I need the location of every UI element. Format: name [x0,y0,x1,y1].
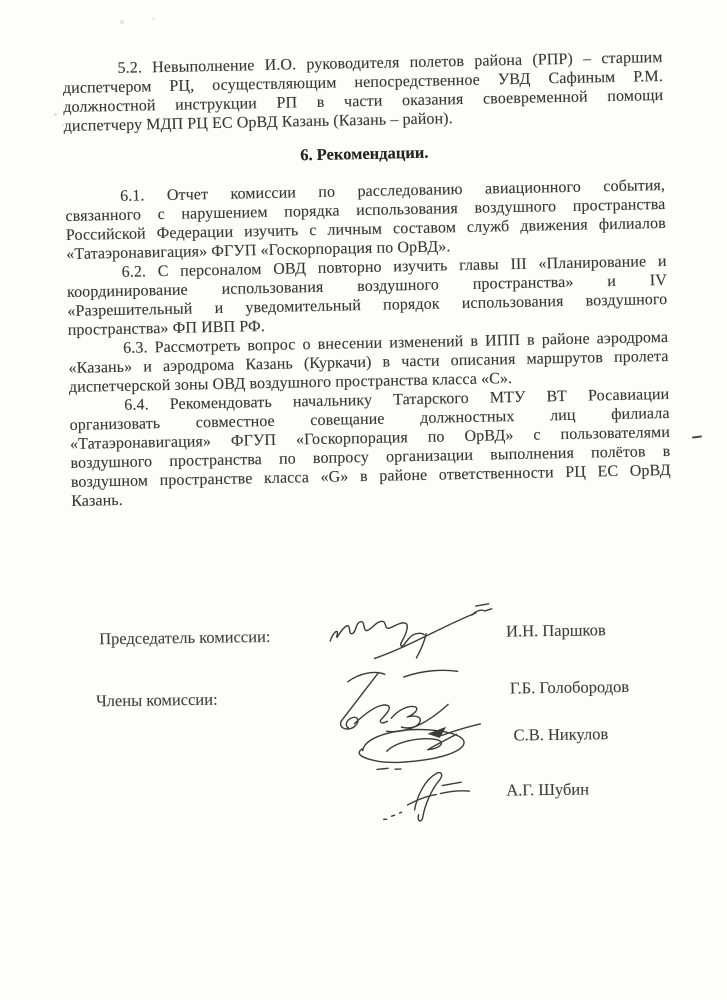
signature-name: Г.Б. Голобородов [510,677,630,699]
signature-name: С.В. Никулов [513,724,608,745]
members-label: Члены комиссии: [96,690,218,712]
scan-speck [152,17,155,20]
chairman-label: Председатель комиссии: [99,627,271,649]
signature-shubin-icon [379,761,498,829]
signature-parshkov-icon [322,599,501,665]
signature-block: Председатель комиссии: И.Н. Паршков Член… [0,0,727,1000]
scan-speck [54,113,57,116]
scan-speck [62,124,64,126]
scanned-document-page: 5.2. Невыполнение И.О. руководителя поле… [0,0,727,1000]
signature-name: А.Г. Шубин [506,779,589,800]
scan-speck [120,20,124,24]
signature-name: И.Н. Паршков [506,620,606,641]
